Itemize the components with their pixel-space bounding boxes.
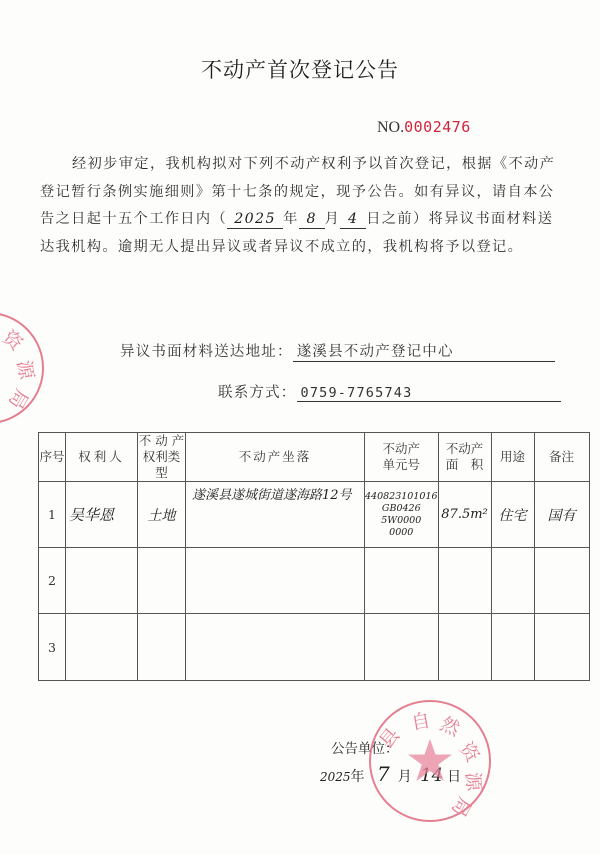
header-usage: 用途 — [491, 433, 534, 482]
issue-year: 2025 — [320, 770, 351, 784]
contact-label: 联系方式： — [218, 385, 297, 401]
stamp-char: 资 — [0, 323, 29, 356]
serial-prefix: NO. — [377, 119, 404, 136]
cell-unit-no — [365, 614, 439, 681]
announcement-body: 经初步审定，我机构拟对下列不动产权利予以首次登记，根据《不动产登记暂行条例实施细… — [40, 151, 560, 261]
header-area: 不动产 面 积 — [438, 433, 491, 482]
cell-remark — [534, 548, 589, 614]
cell-area — [438, 548, 491, 614]
header-right-type-line1: 不 动 产 — [138, 433, 185, 449]
cell-area: 87.5m² — [438, 482, 491, 548]
cell-holder: 吴华恩 — [66, 482, 138, 548]
stamp-char: 县 — [372, 722, 405, 754]
cell-index: 2 — [39, 548, 66, 614]
header-unit-no-line2: 单元号 — [365, 457, 438, 473]
stamp-char: 资 — [454, 736, 487, 767]
official-stamp: 县 自 然 资 源 局 — [369, 700, 491, 822]
stamp-char: 源 — [12, 358, 42, 381]
address-value: 遂溪县不动产登记中心 — [293, 340, 555, 362]
header-holder: 权利人 — [66, 433, 138, 482]
cell-location: 遂溪县遂城街道遂海路12号 — [186, 482, 365, 548]
cell-usage — [491, 614, 534, 681]
cell-usage — [491, 548, 534, 614]
month-char: 月 — [325, 211, 341, 227]
contact-value: 0759-7765743 — [297, 385, 561, 402]
unit-no-line2: GB0426 — [365, 503, 438, 515]
table-row: 3 — [39, 614, 590, 681]
star-icon — [407, 738, 453, 782]
serial-value: 0002476 — [404, 118, 471, 136]
deadline-month: 8 — [299, 210, 325, 229]
header-index: 序号 — [39, 433, 66, 482]
table-row: 1 吴华恩 土地 遂溪县遂城街道遂海路12号 440823101016 GB04… — [39, 482, 590, 548]
cell-unit-no: 440823101016 GB0426 5W0000 0000 — [365, 482, 439, 548]
year-char: 年 — [283, 211, 299, 227]
cell-holder — [66, 548, 138, 614]
header-unit-no-line1: 不动产 — [365, 441, 438, 457]
cell-remark — [534, 614, 589, 681]
header-right-type-line2: 权利类型 — [138, 449, 185, 481]
cell-location — [186, 614, 365, 681]
cell-area — [438, 614, 491, 681]
stamp-char: 源 — [460, 771, 489, 792]
cell-right-type — [138, 614, 186, 681]
stamp-char: 然 — [436, 709, 465, 742]
unit-no-line4: 0000 — [365, 527, 438, 539]
year-char: 年 — [351, 769, 365, 785]
table-row: 2 — [39, 548, 590, 614]
header-unit-no: 不动产 单元号 — [365, 433, 439, 482]
cell-right-type: 土地 — [138, 482, 186, 548]
header-right-type: 不 动 产 权利类型 — [138, 433, 186, 482]
stamp-char: 自 — [409, 706, 432, 736]
stamp-char: 局 — [3, 385, 36, 415]
document-title: 不动产首次登记公告 — [0, 54, 600, 84]
table-header-row: 序号 权利人 不 动 产 权利类型 不动产坐落 不动产 单元号 不动产 面 积 … — [39, 433, 590, 482]
header-location: 不动产坐落 — [186, 433, 365, 482]
cell-right-type — [138, 548, 186, 614]
cell-index: 3 — [39, 614, 66, 681]
header-area-line2: 面 积 — [439, 457, 491, 473]
cell-remark: 国有 — [534, 482, 589, 548]
deadline-year: 2025 — [227, 210, 283, 229]
unit-no-line3: 5W0000 — [365, 515, 438, 527]
stamp-char: 局 — [446, 793, 479, 823]
unit-no-line1: 440823101016 — [365, 491, 438, 503]
address-line: 异议书面材料送达地址：遂溪县不动产登记中心 — [120, 340, 555, 362]
cell-holder — [66, 614, 138, 681]
serial-number: NO.0002476 — [377, 118, 471, 137]
header-remark: 备注 — [534, 433, 589, 482]
cell-location — [186, 548, 365, 614]
deadline-day: 4 — [340, 210, 366, 229]
address-label: 异议书面材料送达地址： — [120, 344, 293, 360]
registration-table: 序号 权利人 不 动 产 权利类型 不动产坐落 不动产 单元号 不动产 面 积 … — [38, 432, 590, 681]
cell-index: 1 — [39, 482, 66, 548]
contact-line: 联系方式：0759-7765743 — [218, 381, 561, 402]
cell-usage: 住宅 — [491, 482, 534, 548]
header-area-line1: 不动产 — [439, 441, 491, 457]
cell-unit-no — [365, 548, 439, 614]
left-partial-stamp: 资 源 局 — [0, 312, 44, 424]
